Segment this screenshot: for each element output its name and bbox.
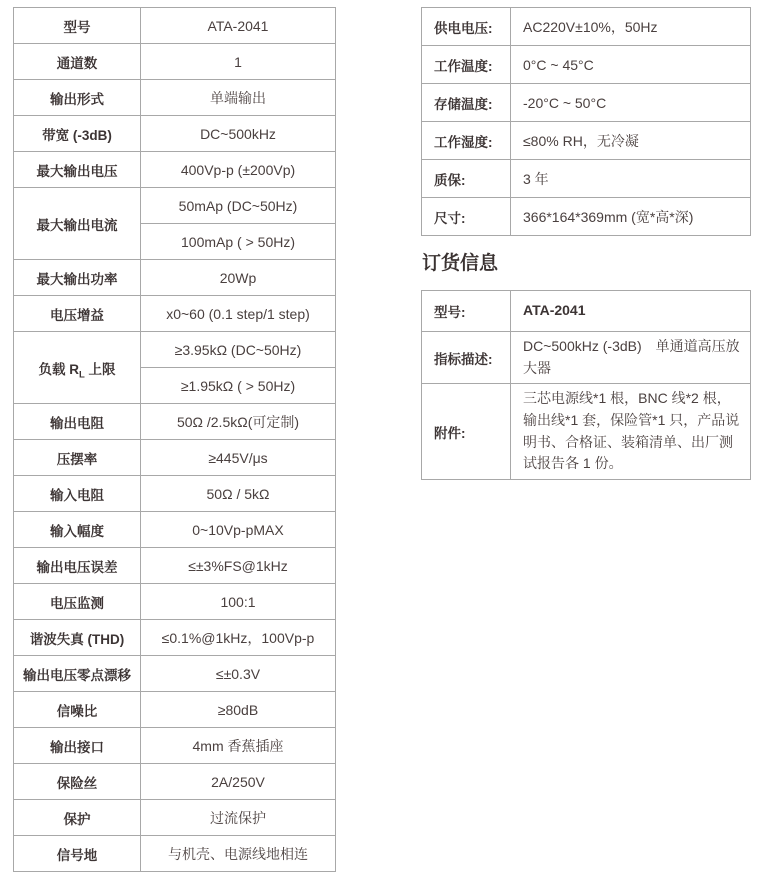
label-cell: 输出电压零点漂移 <box>14 656 141 692</box>
table-row: 工作湿度:≤80% RH，无冷凝 <box>422 122 751 160</box>
label-cell: 输出接口 <box>14 728 141 764</box>
table-row: 质保:3 年 <box>422 160 751 198</box>
value-cell: ≥1.95kΩ ( > 50Hz) <box>141 368 336 404</box>
table-row: 最大输出功率20Wp <box>14 260 336 296</box>
value-cell: ≥80dB <box>141 692 336 728</box>
label-cell: 质保: <box>422 160 511 198</box>
table-row: 供电电压:AC220V±10%，50Hz <box>422 8 751 46</box>
table-row: 谐波失真 (THD)≤0.1%@1kHz，100Vp-p <box>14 620 336 656</box>
value-cell: ≤±0.3V <box>141 656 336 692</box>
table-row: 压摆率≥445V/μs <box>14 440 336 476</box>
table-row: 型号:ATA-2041 <box>422 291 751 332</box>
label-cell: 信噪比 <box>14 692 141 728</box>
label-cell: 工作湿度: <box>422 122 511 160</box>
table-row: 输入幅度0~10Vp-pMAX <box>14 512 336 548</box>
table-row: 电压监测100:1 <box>14 584 336 620</box>
label-cell: 输出电阻 <box>14 404 141 440</box>
spec-page: 型号ATA-2041通道数1输出形式单端输出带宽 (-3dB)DC~500kHz… <box>0 0 760 890</box>
label-cell: 附件: <box>422 384 511 480</box>
label-cell: 电压监测 <box>14 584 141 620</box>
value-cell: ATA-2041 <box>511 291 751 332</box>
value-cell: DC~500kHz <box>141 116 336 152</box>
value-cell: 1 <box>141 44 336 80</box>
table-row: 保护过流保护 <box>14 800 336 836</box>
value-cell: 三芯电源线*1 根，BNC 线*2 根，输出线*1 套，保险管*1 只，产品说明… <box>511 384 751 480</box>
table-row: 尺寸:366*164*369mm (宽*高*深) <box>422 198 751 236</box>
value-cell: ≥3.95kΩ (DC~50Hz) <box>141 332 336 368</box>
table-row: 指标描述:DC~500kHz (-3dB) 单通道高压放大器 <box>422 332 751 384</box>
value-cell: 50mAp (DC~50Hz) <box>141 188 336 224</box>
table-row: 最大输出电压400Vp-p (±200Vp) <box>14 152 336 188</box>
label-cell: 信号地 <box>14 836 141 872</box>
value-cell: ≤80% RH，无冷凝 <box>511 122 751 160</box>
spec-column: 型号ATA-2041通道数1输出形式单端输出带宽 (-3dB)DC~500kHz… <box>13 7 335 872</box>
label-cell: 电压增益 <box>14 296 141 332</box>
label-cell: 型号: <box>422 291 511 332</box>
label-cell: 保险丝 <box>14 764 141 800</box>
value-cell: -20°C ~ 50°C <box>511 84 751 122</box>
label-cell: 负载 RL 上限 <box>14 332 141 404</box>
table-row: 型号ATA-2041 <box>14 8 336 44</box>
label-cell: 输出电压误差 <box>14 548 141 584</box>
label-cell: 尺寸: <box>422 198 511 236</box>
label-cell: 指标描述: <box>422 332 511 384</box>
value-cell: 单端输出 <box>141 80 336 116</box>
table-row: 输出形式单端输出 <box>14 80 336 116</box>
table-row: 输出电阻50Ω /2.5kΩ(可定制) <box>14 404 336 440</box>
table-row: 附件:三芯电源线*1 根，BNC 线*2 根，输出线*1 套，保险管*1 只，产… <box>422 384 751 480</box>
label-part: 上限 <box>85 362 116 377</box>
value-cell: 400Vp-p (±200Vp) <box>141 152 336 188</box>
value-cell: x0~60 (0.1 step/1 step) <box>141 296 336 332</box>
value-cell: 过流保护 <box>141 800 336 836</box>
label-cell: 输出形式 <box>14 80 141 116</box>
table-row: 输出电压零点漂移≤±0.3V <box>14 656 336 692</box>
environment-table: 供电电压:AC220V±10%，50Hz工作温度:0°C ~ 45°C存储温度:… <box>421 7 751 236</box>
ordering-table: 型号:ATA-2041指标描述:DC~500kHz (-3dB) 单通道高压放大… <box>421 290 751 480</box>
value-cell: 4mm 香蕉插座 <box>141 728 336 764</box>
label-cell: 存储温度: <box>422 84 511 122</box>
table-row: 信噪比≥80dB <box>14 692 336 728</box>
table-row: 输出接口4mm 香蕉插座 <box>14 728 336 764</box>
value-cell: ≥445V/μs <box>141 440 336 476</box>
spec-table-body: 型号ATA-2041通道数1输出形式单端输出带宽 (-3dB)DC~500kHz… <box>14 8 336 872</box>
value-cell: 与机壳、电源线地相连 <box>141 836 336 872</box>
value-cell: ATA-2041 <box>141 8 336 44</box>
value-cell: 50Ω /2.5kΩ(可定制) <box>141 404 336 440</box>
table-row: 带宽 (-3dB)DC~500kHz <box>14 116 336 152</box>
value-cell: AC220V±10%，50Hz <box>511 8 751 46</box>
label-cell: 输入幅度 <box>14 512 141 548</box>
value-cell: ≤0.1%@1kHz，100Vp-p <box>141 620 336 656</box>
label-cell: 最大输出电流 <box>14 188 141 260</box>
table-row: 输入电阻50Ω / 5kΩ <box>14 476 336 512</box>
label-cell: 谐波失真 (THD) <box>14 620 141 656</box>
environment-table-body: 供电电压:AC220V±10%，50Hz工作温度:0°C ~ 45°C存储温度:… <box>422 8 751 236</box>
value-cell: 100:1 <box>141 584 336 620</box>
value-cell: 366*164*369mm (宽*高*深) <box>511 198 751 236</box>
value-cell: 3 年 <box>511 160 751 198</box>
value-cell: 20Wp <box>141 260 336 296</box>
spec-table: 型号ATA-2041通道数1输出形式单端输出带宽 (-3dB)DC~500kHz… <box>13 7 336 872</box>
table-row: 信号地与机壳、电源线地相连 <box>14 836 336 872</box>
label-cell: 带宽 (-3dB) <box>14 116 141 152</box>
value-cell: 0°C ~ 45°C <box>511 46 751 84</box>
value-cell: 0~10Vp-pMAX <box>141 512 336 548</box>
value-cell: DC~500kHz (-3dB) 单通道高压放大器 <box>511 332 751 384</box>
value-cell: 100mAp ( > 50Hz) <box>141 224 336 260</box>
table-row: 通道数1 <box>14 44 336 80</box>
table-row: 输出电压误差≤±3%FS@1kHz <box>14 548 336 584</box>
label-cell: 通道数 <box>14 44 141 80</box>
label-cell: 压摆率 <box>14 440 141 476</box>
value-cell: 50Ω / 5kΩ <box>141 476 336 512</box>
table-row: 保险丝2A/250V <box>14 764 336 800</box>
label-cell: 输入电阻 <box>14 476 141 512</box>
value-cell: 2A/250V <box>141 764 336 800</box>
label-part: 负载 R <box>38 362 79 377</box>
value-cell: ≤±3%FS@1kHz <box>141 548 336 584</box>
label-cell: 型号 <box>14 8 141 44</box>
table-row: 工作温度:0°C ~ 45°C <box>422 46 751 84</box>
info-column: 供电电压:AC220V±10%，50Hz工作温度:0°C ~ 45°C存储温度:… <box>421 7 750 480</box>
label-cell: 工作温度: <box>422 46 511 84</box>
table-row: 最大输出电流50mAp (DC~50Hz) <box>14 188 336 224</box>
ordering-table-body: 型号:ATA-2041指标描述:DC~500kHz (-3dB) 单通道高压放大… <box>422 291 751 480</box>
label-cell: 保护 <box>14 800 141 836</box>
table-row: 负载 RL 上限≥3.95kΩ (DC~50Hz) <box>14 332 336 368</box>
label-cell: 供电电压: <box>422 8 511 46</box>
label-cell: 最大输出功率 <box>14 260 141 296</box>
table-row: 存储温度:-20°C ~ 50°C <box>422 84 751 122</box>
ordering-info-title: 订货信息 <box>422 251 750 277</box>
label-cell: 最大输出电压 <box>14 152 141 188</box>
table-row: 电压增益x0~60 (0.1 step/1 step) <box>14 296 336 332</box>
